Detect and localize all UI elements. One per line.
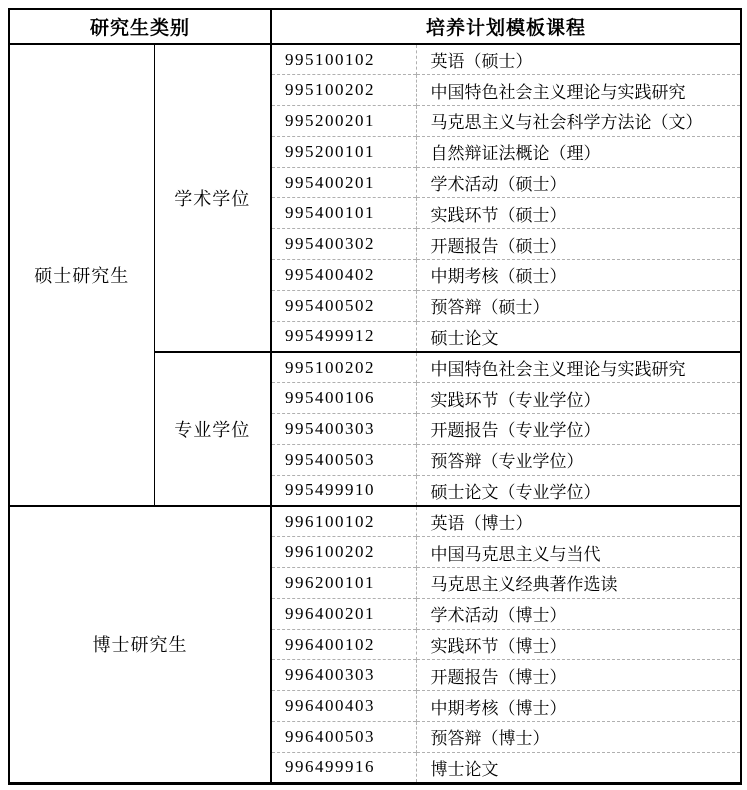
course-name-cell: 学术活动（博士） bbox=[416, 598, 741, 629]
course-name-cell: 实践环节（专业学位） bbox=[416, 383, 741, 414]
course-code-cell: 995400302 bbox=[271, 229, 416, 260]
course-name-cell: 中国马克思主义与当代 bbox=[416, 537, 741, 568]
course-code-cell: 995400201 bbox=[271, 167, 416, 198]
course-code-cell: 995100202 bbox=[271, 75, 416, 106]
course-code-cell: 995400101 bbox=[271, 198, 416, 229]
course-code-cell: 996100202 bbox=[271, 537, 416, 568]
course-name-cell: 预答辩（硕士） bbox=[416, 290, 741, 321]
course-code-cell: 996100102 bbox=[271, 506, 416, 537]
course-name-cell: 中期考核（硕士） bbox=[416, 260, 741, 291]
course-code-cell: 995100102 bbox=[271, 44, 416, 75]
course-code-cell: 995499910 bbox=[271, 475, 416, 506]
course-template-table: 研究生类别 培养计划模板课程 硕士研究生 学术学位 995100102 英语（硕… bbox=[8, 8, 742, 785]
course-code-cell: 995499912 bbox=[271, 321, 416, 352]
course-name-cell: 学术活动（硕士） bbox=[416, 167, 741, 198]
course-name-cell: 英语（硕士） bbox=[416, 44, 741, 75]
course-name-cell: 中期考核（博士） bbox=[416, 691, 741, 722]
course-name-cell: 预答辩（专业学位） bbox=[416, 444, 741, 475]
course-name-cell: 预答辩（博士） bbox=[416, 722, 741, 753]
header-courses: 培养计划模板课程 bbox=[271, 9, 741, 44]
course-template-table-container: 研究生类别 培养计划模板课程 硕士研究生 学术学位 995100102 英语（硕… bbox=[8, 8, 742, 785]
category-cell: 硕士研究生 bbox=[9, 44, 154, 506]
course-name-cell: 马克思主义与社会科学方法论（文） bbox=[416, 106, 741, 137]
course-code-cell: 996200101 bbox=[271, 568, 416, 599]
course-name-cell: 实践环节（博士） bbox=[416, 629, 741, 660]
course-name-cell: 英语（博士） bbox=[416, 506, 741, 537]
course-name-cell: 博士论文 bbox=[416, 752, 741, 783]
course-name-cell: 硕士论文 bbox=[416, 321, 741, 352]
course-code-cell: 995200101 bbox=[271, 136, 416, 167]
course-name-cell: 开题报告（硕士） bbox=[416, 229, 741, 260]
header-row: 研究生类别 培养计划模板课程 bbox=[9, 9, 741, 44]
course-code-cell: 995400106 bbox=[271, 383, 416, 414]
course-code-cell: 995100202 bbox=[271, 352, 416, 383]
header-category: 研究生类别 bbox=[9, 9, 271, 44]
course-name-cell: 中国特色社会主义理论与实践研究 bbox=[416, 352, 741, 383]
course-name-cell: 中国特色社会主义理论与实践研究 bbox=[416, 75, 741, 106]
course-code-cell: 996400201 bbox=[271, 598, 416, 629]
course-code-cell: 996400303 bbox=[271, 660, 416, 691]
course-name-cell: 自然辩证法概论（理） bbox=[416, 136, 741, 167]
course-name-cell: 开题报告（专业学位） bbox=[416, 414, 741, 445]
course-code-cell: 995400303 bbox=[271, 414, 416, 445]
course-code-cell: 996400503 bbox=[271, 722, 416, 753]
course-name-cell: 硕士论文（专业学位） bbox=[416, 475, 741, 506]
course-name-cell: 马克思主义经典著作选读 bbox=[416, 568, 741, 599]
course-name-cell: 开题报告（博士） bbox=[416, 660, 741, 691]
course-code-cell: 995400502 bbox=[271, 290, 416, 321]
course-name-cell: 实践环节（硕士） bbox=[416, 198, 741, 229]
degree-type-cell: 专业学位 bbox=[154, 352, 271, 506]
course-code-cell: 996499916 bbox=[271, 752, 416, 783]
table-row: 博士研究生 996100102 英语（博士） bbox=[9, 506, 741, 537]
course-code-cell: 995400503 bbox=[271, 444, 416, 475]
category-cell: 博士研究生 bbox=[9, 506, 271, 783]
course-code-cell: 995200201 bbox=[271, 106, 416, 137]
course-code-cell: 996400102 bbox=[271, 629, 416, 660]
course-code-cell: 996400403 bbox=[271, 691, 416, 722]
table-row: 硕士研究生 学术学位 995100102 英语（硕士） bbox=[9, 44, 741, 75]
degree-type-cell: 学术学位 bbox=[154, 44, 271, 352]
course-code-cell: 995400402 bbox=[271, 260, 416, 291]
